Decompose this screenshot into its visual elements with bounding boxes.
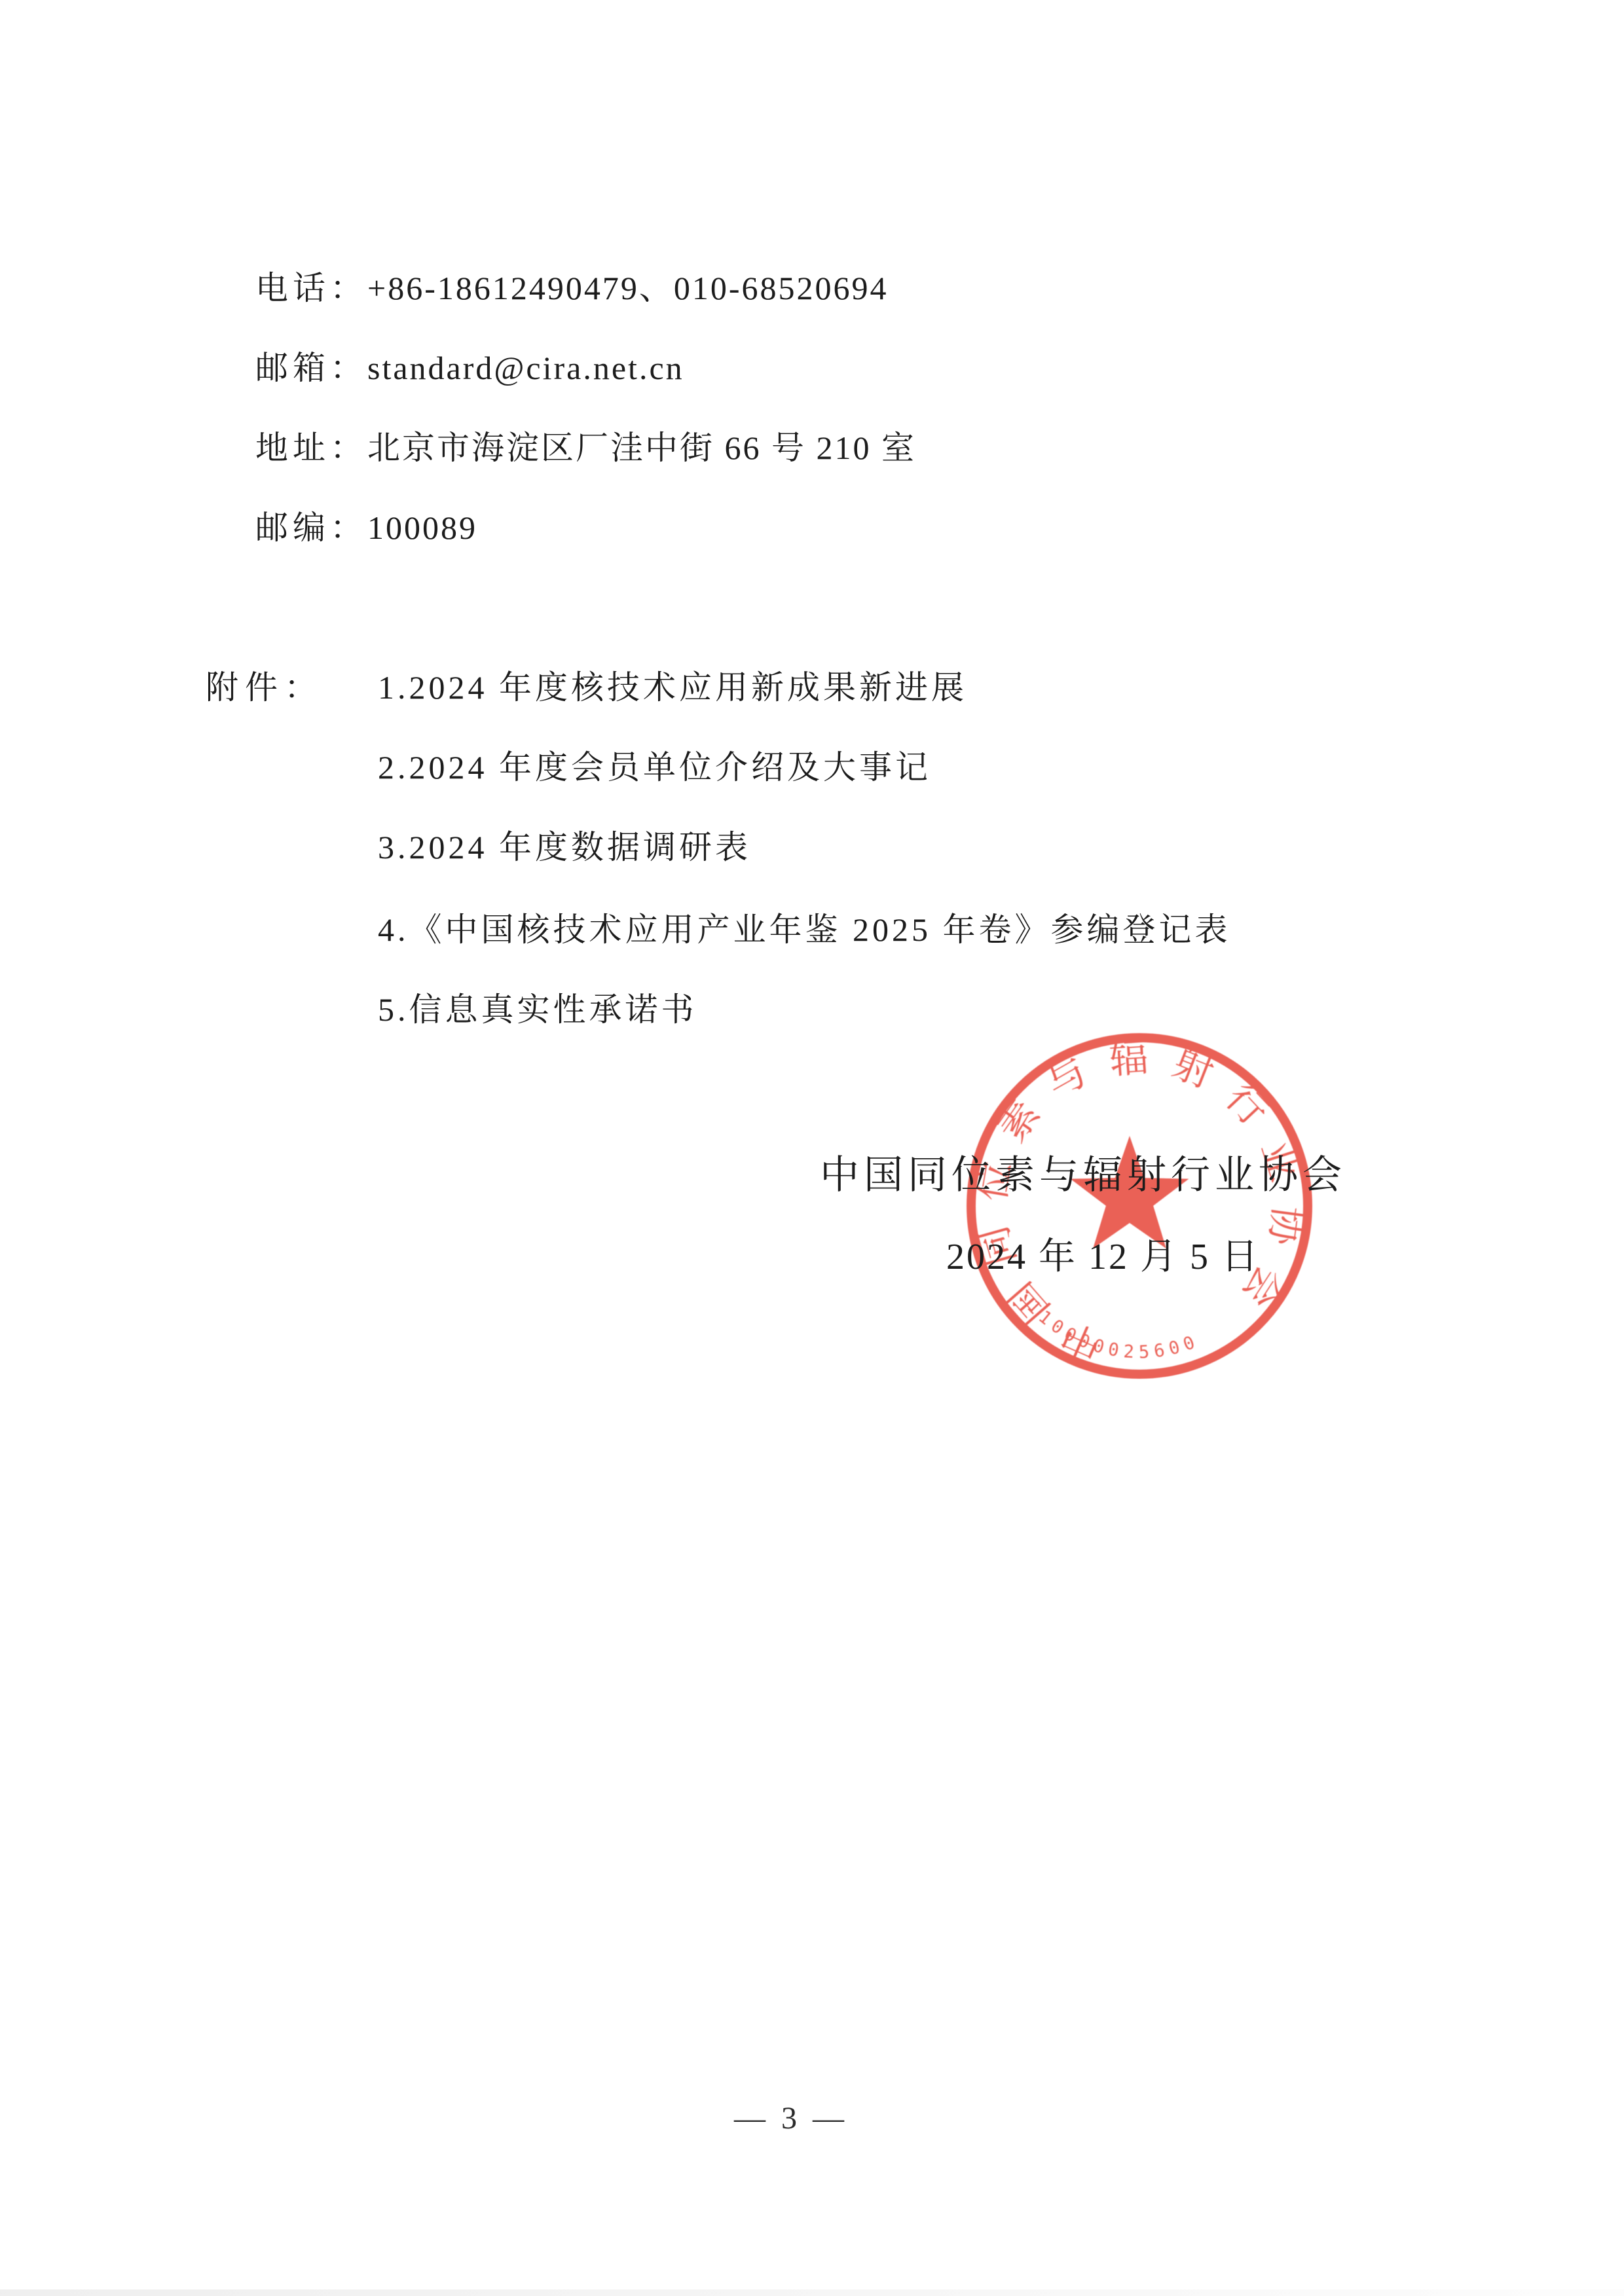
contact-value: 北京市海淀区厂洼中街 66 号 210 室 <box>367 429 916 466</box>
contact-label: 地址： <box>255 429 367 466</box>
signature-date: 2024 年 12 月 5 日 <box>946 1236 1260 1278</box>
contact-label: 邮编： <box>255 509 367 546</box>
attachment-item: 5.信息真实性承诺书 <box>378 990 697 1029</box>
contact-line-zipcode: 邮编：100089 <box>255 508 477 547</box>
document-page: 电话：+86-18612490479、010-68520694 邮箱：stand… <box>0 0 1624 2296</box>
scan-edge-artifact <box>0 2289 1624 2296</box>
contact-line-phone: 电话：+86-18612490479、010-68520694 <box>255 268 889 308</box>
official-seal-graphic: 中国同位素与辐射行业协会 110000025600 <box>956 1023 1323 1389</box>
attachment-item: 2.2024 年度会员单位介绍及大事记 <box>378 748 931 787</box>
attachment-item: 1.2024 年度核技术应用新成果新进展 <box>378 668 967 707</box>
official-seal: 中国同位素与辐射行业协会 110000025600 <box>956 1023 1323 1389</box>
contact-line-email: 邮箱：standard@cira.net.cn <box>255 348 684 388</box>
signature-organization: 中国同位素与辐射行业协会 <box>820 1152 1346 1198</box>
contact-line-address: 地址：北京市海淀区厂洼中街 66 号 210 室 <box>255 428 916 467</box>
page-number: — 3 — <box>696 2100 886 2136</box>
attachments-label: 附件： <box>206 668 323 707</box>
contact-value: +86-18612490479、010-68520694 <box>367 270 889 306</box>
contact-value: 100089 <box>367 509 477 546</box>
contact-label: 电话： <box>255 270 367 306</box>
contact-value: standard@cira.net.cn <box>367 350 684 386</box>
attachment-item: 3.2024 年度数据调研表 <box>378 828 751 867</box>
contact-label: 邮箱： <box>255 350 367 386</box>
attachment-item: 4.《中国核技术应用产业年鉴 2025 年卷》参编登记表 <box>378 910 1231 949</box>
